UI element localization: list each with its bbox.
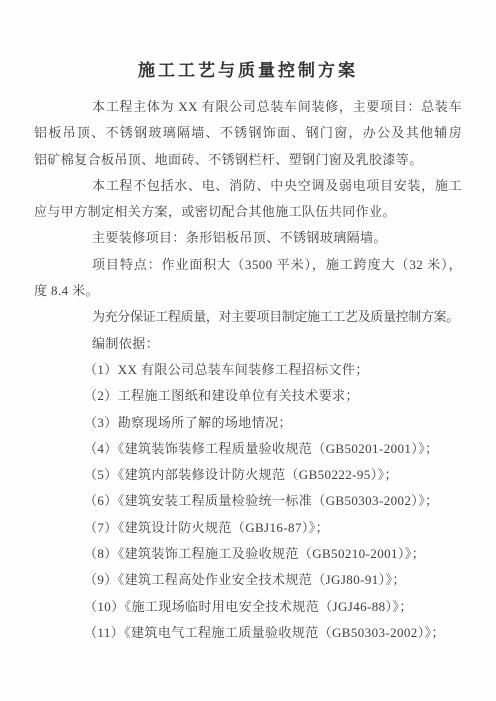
document-page: 施工工艺与质量控制方案 本工程主体为 XX 有限公司总装车间装修，主要项目：总装… <box>0 0 496 701</box>
document-title: 施工工艺与质量控制方案 <box>0 0 496 85</box>
document-body: 本工程主体为 XX 有限公司总装车间装修，主要项目：总装车间 铝板吊顶、不锈钢玻… <box>34 94 462 646</box>
reference-list-item: （6）《建筑安装工程质量检验统一标准（GB50303-2002）》； <box>34 488 462 514</box>
text-line: 本工程主体为 XX 有限公司总装车间装修，主要项目：总装车间 <box>34 94 462 120</box>
text-line: 本工程不包括水、电、消防、中央空调及弱电项目安装，施工前 <box>34 173 462 199</box>
reference-list-item: （8）《建筑装饰工程施工及验收规范（GB50210-2001）》； <box>34 541 462 567</box>
text-line: 编制依据： <box>34 331 462 357</box>
text-line: 为充分保证工程质量，对主要项目制定施工工艺及质量控制方案。 <box>34 304 462 330</box>
text-line: 度 8.4 米。 <box>34 278 462 304</box>
reference-list-item: （3）勘察现场所了解的场地情况； <box>34 410 462 436</box>
reference-list-item: （10）《施工现场临时用电安全技术规范（JGJ46-88）》； <box>34 594 462 620</box>
reference-list-item: （7）《建筑设计防火规范（GBJ16-87）》； <box>34 515 462 541</box>
text-line: 铝矿棉复合板吊顶、地面砖、不锈钢栏杆、塑钢门窗及乳胶漆等。 <box>34 147 462 173</box>
reference-list-item: （2）工程施工图纸和建设单位有关技术要求； <box>34 383 462 409</box>
reference-list-item: （9）《建筑工程高处作业安全技术规范（JGJ80-91）》； <box>34 567 462 593</box>
reference-list-item: （5）《建筑内部装修设计防火规范（GB50222-95）》； <box>34 462 462 488</box>
text-line: 铝板吊顶、不锈钢玻璃隔墙、不锈钢饰面、钢门窗，办公及其他辅房 <box>34 120 462 146</box>
reference-list-item: （11）《建筑电气工程施工质量验收规范（GB50303-2002）》； <box>34 620 462 646</box>
reference-list-item: （1）XX 有限公司总装车间装修工程招标文件； <box>34 357 462 383</box>
text-line: 主要装修项目：条形铝板吊顶、不锈钢玻璃隔墙。 <box>34 225 462 251</box>
text-line: 项目特点：作业面积大（3500 平米），施工跨度大（32 米），高 <box>34 252 462 278</box>
reference-list-item: （4）《建筑装饰装修工程质量验收规范（GB50201-2001）》； <box>34 436 462 462</box>
text-line: 应与甲方制定相关方案，或密切配合其他施工队伍共同作业。 <box>34 199 462 225</box>
